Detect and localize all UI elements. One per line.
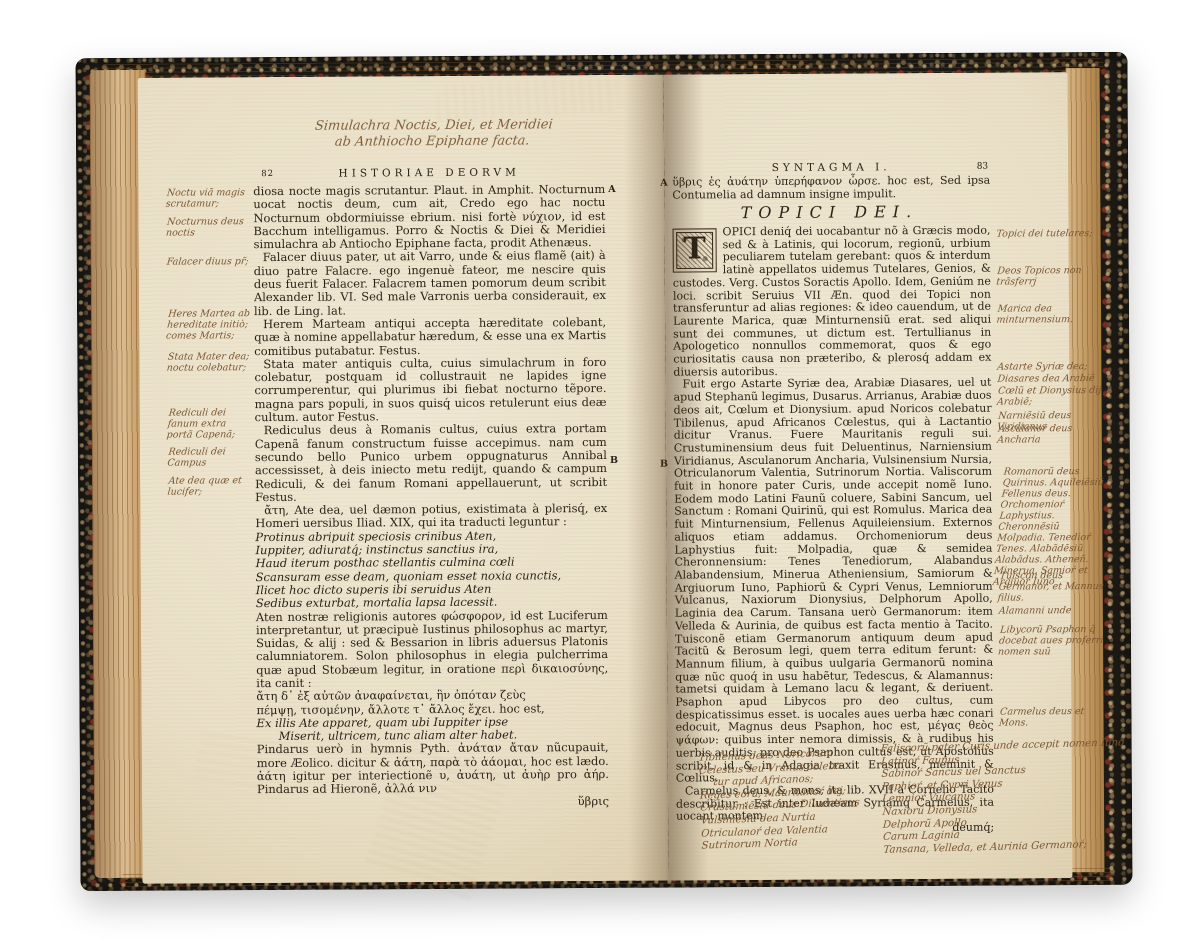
margin-note: Rediculi dei Campus <box>167 446 253 469</box>
margin-note: Asculanoŕ deus Ancharia <box>997 423 1105 446</box>
margin-note: Rediculi dei fanum extra portã Capenã; <box>166 407 253 441</box>
right-running-header: SYNTAGMA I. 83 <box>672 161 990 175</box>
printed-section-letter-a: A <box>608 184 615 195</box>
show-through-mark <box>437 78 618 119</box>
margin-note: Cœlũ et Dionysius dij Arabiẽ; <box>996 385 1104 408</box>
printed-section-letter-a: A <box>660 178 667 189</box>
margin-note: Topici dei tutelares; <box>996 228 1103 240</box>
margin-note: Carmelus deus et Mons. <box>998 706 1106 729</box>
inscription-line: ab Anthiocho Epiphane facta. <box>266 133 598 151</box>
left-running-title: HISTORIAE DEORVM <box>253 166 605 180</box>
paragraph: diosa nocte magis scrutantur. Plaut. in … <box>253 183 605 252</box>
paragraph: Pindarus uerò in hymnis Pyth. ἀνάταν ἄτα… <box>257 741 609 796</box>
margin-note: Falacer diuus pr̃; <box>166 256 251 268</box>
margin-note: Nocturnus deus noctis <box>165 216 251 239</box>
left-page-text-column: diosa nocte magis scrutantur. Plaut. in … <box>253 183 609 810</box>
right-running-title: SYNTAGMA I. <box>672 161 990 175</box>
left-page: Simulachra Noctis, Diei, et Meridiei ab … <box>138 75 669 884</box>
section-title: TOPICI DEI. <box>668 202 990 223</box>
manuscript-list-column-1: Tibilenus deus Noricorum Celestus seu Vr… <box>698 747 861 853</box>
margin-note: Alamanni unde <box>998 605 1105 617</box>
decorated-initial: T <box>673 228 717 272</box>
margin-note: Marica dea minturnensium. <box>996 303 1104 326</box>
paragraph: OPICI deniq́ dei uocabantur nõ à Græcis … <box>673 224 992 379</box>
margin-note: Diasares dea Arabiẽ <box>997 373 1104 385</box>
margin-note: Noctu viã magis scrutamur; <box>165 187 251 210</box>
margin-note: Stata Mater dea; noctu colebatur; <box>166 351 252 374</box>
paragraph: Aten nostræ religionis autores φώσφορον,… <box>256 608 608 690</box>
book-binding: Simulachra Noctis, Diei, et Meridiei ab … <box>75 52 1132 891</box>
margin-note: Heres Martea ab hereditate initiò; comes… <box>165 308 252 342</box>
inscription-line: Simulachra Noctis, Diei, et Meridiei <box>268 117 600 135</box>
right-folio-number: 83 <box>977 162 989 172</box>
left-running-header: 82 HISTORIAE DEORVM <box>253 166 605 180</box>
paragraph: Falacer diuus pater, ut ait Varro, unde … <box>254 249 606 318</box>
right-page: SYNTAGMA I. 83 A B ὕβρις ἐς ἀυάτην ὑπερή… <box>664 72 1073 880</box>
left-folio-number: 82 <box>261 169 274 179</box>
paragraph-with-initial: T OPICI deniq́ dei uocabantur nõ à Græci… <box>673 225 992 379</box>
margin-note: Libycorũ Psaphon q̃ docebat aues proferr… <box>997 624 1106 658</box>
margin-note: Astarte Syriæ dea; <box>997 361 1104 373</box>
margin-note: Ate dea quæ et lucifer; <box>167 475 253 498</box>
printed-section-letter-b: B <box>660 459 668 470</box>
headnote-text: ὕβρις ἐς ἀυάτην ὑπερήφανον ὦρσε. hoc est… <box>672 175 990 202</box>
catchword: ὕβρις <box>257 795 609 810</box>
margin-note: Deos Topicos non trãsferrj <box>996 265 1104 288</box>
book-photograph: Simulachra Noctis, Diei, et Meridiei ab … <box>0 0 1200 939</box>
paragraph: ἄτη, Ate dea, uel dæmon potius, existima… <box>255 502 607 531</box>
manuscript-inscription: Simulachra Noctis, Diei, et Meridiei ab … <box>266 117 599 151</box>
printed-section-letter-b: B <box>610 455 618 466</box>
paragraph: Rediculus deus à Romanis cultus, cuius e… <box>255 422 607 504</box>
paragraph: Stata mater antiquis culta, cuius simula… <box>254 356 606 425</box>
paragraph: Herem Marteam antiqui accepta hæreditate… <box>254 316 606 358</box>
margin-note: Tuiscon deus Germanoŕ, et Mannus filius. <box>997 570 1106 604</box>
paragraph: Fuit ergo Astarte Syriæ dea, Arabiæ Dias… <box>673 377 993 785</box>
manuscript-list-column-2: Faliscorũ pater Curis unde accepit nomen… <box>881 737 1127 857</box>
